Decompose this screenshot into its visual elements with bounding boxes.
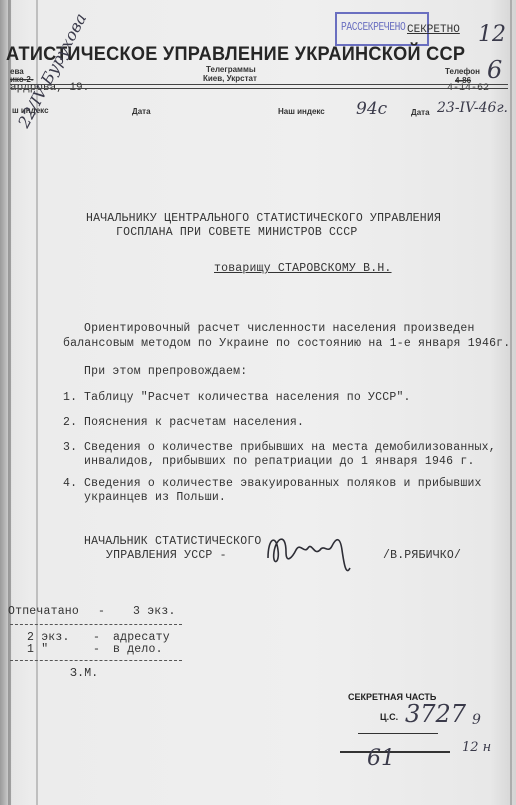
footer-dashed-rule bbox=[10, 660, 182, 661]
signatory-title: НАЧАЛЬНИК СТАТИСТИЧЕСКОГО bbox=[84, 535, 262, 548]
enclosure-text: Сведения о количестве эвакуированных пол… bbox=[84, 477, 482, 490]
your-date-label: Дата bbox=[132, 107, 151, 116]
scan-edge-line bbox=[36, 0, 38, 805]
enclosure-text: Таблицу "Расчет количества населения по … bbox=[84, 391, 411, 404]
enclosure-text: украинцев из Польши. bbox=[84, 491, 226, 504]
enclosure-number: 2. bbox=[63, 416, 77, 429]
phone-label: Телефон bbox=[445, 67, 480, 76]
registry-sheets: 61 bbox=[367, 746, 395, 771]
printed-dash: - bbox=[98, 605, 105, 618]
printed-label: Отпечатано bbox=[8, 605, 79, 618]
body-paragraph-line: Ориентировочный расчет численности насел… bbox=[84, 322, 475, 335]
page-number-handwritten: 6 bbox=[487, 56, 502, 84]
telegram-address: Киев, Укрстат bbox=[203, 74, 257, 83]
enclosure-number: 4. bbox=[63, 477, 77, 490]
signature-scribble-icon bbox=[262, 528, 362, 578]
footer-dashed-rule bbox=[10, 624, 182, 625]
copy-count: 1 " bbox=[27, 643, 48, 656]
signatory-name: /В.РЯБИЧКО/ bbox=[383, 549, 461, 562]
scan-edge-line bbox=[8, 0, 11, 805]
our-date-label: Дата bbox=[411, 108, 430, 117]
page-number-handwritten: 12 bbox=[478, 22, 506, 47]
copy-dash: - bbox=[93, 643, 100, 656]
our-index-label: Наш индекс bbox=[278, 107, 325, 116]
letterhead-rule bbox=[10, 88, 508, 89]
handwritten-note: 22/IV Бурухова bbox=[14, 10, 90, 131]
enclosure-number: 3. bbox=[63, 441, 77, 454]
registry-number: 3727 bbox=[405, 700, 466, 728]
signatory-title: УПРАВЛЕНИЯ УССР - bbox=[106, 549, 227, 562]
registry-fraction-top: 9 bbox=[472, 712, 481, 728]
enclosing-line: При этом препровождаем: bbox=[84, 365, 247, 378]
letterhead-rule bbox=[10, 84, 508, 85]
body-paragraph-line: балансовым методом по Украине по состоян… bbox=[63, 337, 510, 350]
printed-count: 3 экз. bbox=[133, 605, 176, 618]
copy-destination: в дело. bbox=[113, 643, 163, 656]
enclosure-text: инвалидов, прибывших по репатриации до 1… bbox=[84, 455, 475, 468]
enclosure-number: 1. bbox=[63, 391, 77, 404]
telegram-label: Телеграммы bbox=[206, 65, 256, 74]
registry-rule bbox=[340, 751, 450, 753]
enclosure-text: Пояснения к расчетам населения. bbox=[84, 416, 304, 429]
our-date-value: 23-IV-46г. bbox=[437, 100, 508, 116]
registry-code: Ц.С. bbox=[380, 712, 398, 722]
registry-fraction-bottom: 12 н bbox=[462, 740, 491, 755]
scan-edge-line bbox=[510, 0, 512, 805]
typist-initials: З.М. bbox=[70, 667, 98, 680]
addressee-line: ГОСПЛАНА ПРИ СОВЕТЕ МИНИСТРОВ СССР bbox=[116, 226, 357, 239]
addressee-line: НАЧАЛЬНИКУ ЦЕНТРАЛЬНОГО СТАТИСТИЧЕСКОГО … bbox=[86, 212, 441, 225]
declassified-stamp: РАССЕКРЕЧЕНО bbox=[341, 20, 405, 34]
enclosure-text: Сведения о количестве прибывших на места… bbox=[84, 441, 496, 454]
secret-mark: СЕКРЕТНО bbox=[407, 24, 460, 36]
addressee-comrade: товарищу СТАРОВСКОМУ В.Н. bbox=[214, 262, 392, 275]
registry-rule bbox=[358, 733, 438, 734]
scanned-document-page: РАССЕКРЕЧЕНО СЕКРЕТНО 12 6 АТИСТИЧЕСКОЕ … bbox=[0, 0, 516, 805]
our-index-value: 94с bbox=[356, 99, 387, 119]
